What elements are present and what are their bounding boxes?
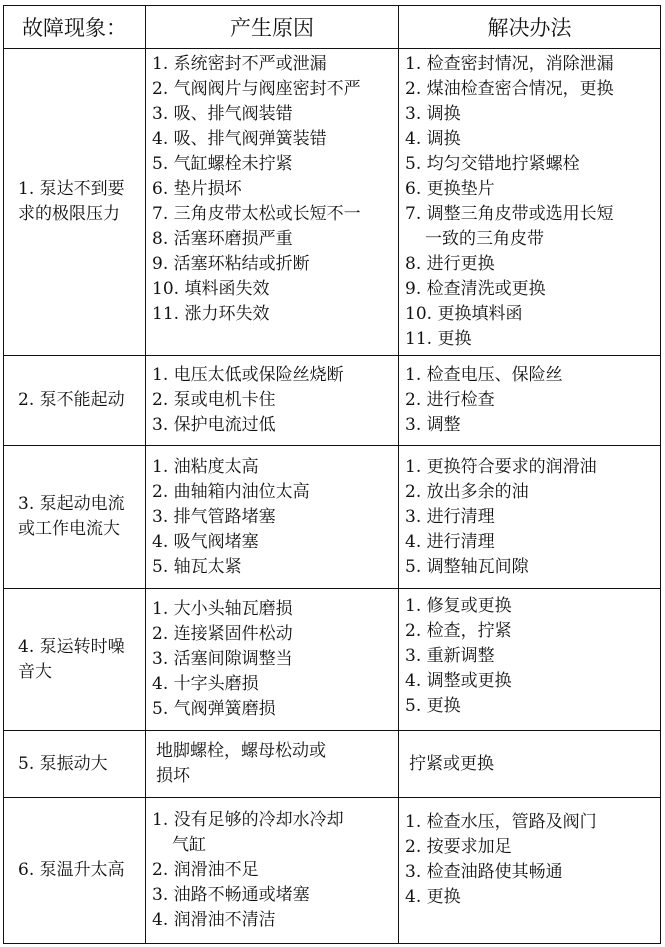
solution-item: 10. 更换填料函 xyxy=(405,302,660,327)
cause-item: 9. 活塞环粘结或折断 xyxy=(152,252,398,277)
solution-item: 2. 检查，拧紧 xyxy=(405,619,660,644)
cause-item: 3. 排气管路堵塞 xyxy=(152,505,398,530)
solution-item: 3. 检查油路使其畅通 xyxy=(405,860,660,885)
symptom-cell: 6. 泵温升太高 xyxy=(4,798,146,944)
solution-item: 1. 检查电压、保险丝 xyxy=(405,363,660,388)
solution-item: 3. 进行清理 xyxy=(405,505,660,530)
solution-item: 4. 更换 xyxy=(405,885,660,910)
solution-item: 4. 调换 xyxy=(405,127,660,152)
cause-item: 4. 吸、排气阀弹簧装错 xyxy=(152,127,398,152)
solution-item: 5. 更换 xyxy=(405,694,660,719)
symptom-cell: 5. 泵振动大 xyxy=(4,731,146,798)
solution-item: 3. 重新调整 xyxy=(405,644,660,669)
solution-cell: 1. 更换符合要求的润滑油 2. 放出多余的油 3. 进行清理 4. 进行清理 … xyxy=(399,446,661,589)
solution-item: 1. 检查水压，管路及阀门 xyxy=(405,810,660,835)
solution-item: 2. 进行检查 xyxy=(405,388,660,413)
solution-item: 8. 进行更换 xyxy=(405,252,660,277)
cause-item: 5. 气阀弹簧磨损 xyxy=(152,697,398,722)
fault-troubleshooting-table: 故障现象： 产生原因 解决办法 1. 泵达不到要求的极限压力 1. 系统密封不严… xyxy=(3,5,661,944)
symptom-cell: 1. 泵达不到要求的极限压力 xyxy=(4,49,146,356)
cause-cell: 1. 系统密封不严或泄漏 2. 气阀阀片与阀座密封不严 3. 吸、排气阀装错 4… xyxy=(146,49,399,356)
header-row: 故障现象： 产生原因 解决办法 xyxy=(4,6,661,49)
cause-item: 7. 三角皮带太松或长短不一 xyxy=(152,202,398,227)
solution-item: 1. 更换符合要求的润滑油 xyxy=(405,455,660,480)
cause-item: 10. 填料函失效 xyxy=(152,277,398,302)
solution-cell: 1. 检查水压，管路及阀门 2. 按要求加足 3. 检查油路使其畅通 4. 更换 xyxy=(399,798,661,944)
solution-item: 4. 进行清理 xyxy=(405,530,660,555)
solution-cell: 1. 修复或更换 2. 检查，拧紧 3. 重新调整 4. 调整或更换 5. 更换 xyxy=(399,589,661,731)
cause-item: 2. 泵或电机卡住 xyxy=(152,388,398,413)
solution-item: 2. 按要求加足 xyxy=(405,835,660,860)
table-row: 2. 泵不能起动 1. 电压太低或保险丝烧断 2. 泵或电机卡住 3. 保护电流… xyxy=(4,356,661,446)
cause-item: 地脚螺栓，螺母松动或 xyxy=(152,739,398,764)
cause-item: 4. 吸气阀堵塞 xyxy=(152,530,398,555)
cause-item: 1. 没有足够的冷却水冷却 xyxy=(152,808,398,833)
cause-item: 1. 电压太低或保险丝烧断 xyxy=(152,363,398,388)
cause-item: 2. 曲轴箱内油位太高 xyxy=(152,480,398,505)
cause-item: 3. 活塞间隙调整当 xyxy=(152,647,398,672)
solution-cell: 1. 检查密封情况，消除泄漏 2. 煤油检查密合情况，更换 3. 调换 4. 调… xyxy=(399,49,661,356)
symptom-cell: 2. 泵不能起动 xyxy=(4,356,146,446)
solution-item: 6. 更换垫片 xyxy=(405,177,660,202)
cause-item: 2. 气阀阀片与阀座密封不严 xyxy=(152,77,398,102)
solution-item: 3. 调换 xyxy=(405,102,660,127)
solution-item: 4. 调整或更换 xyxy=(405,669,660,694)
solution-item: 11. 更换 xyxy=(405,327,660,352)
cause-item: 11. 涨力环失效 xyxy=(152,302,398,327)
cause-item-continuation: 损坏 xyxy=(152,764,398,789)
header-symptom: 故障现象： xyxy=(4,6,146,49)
solution-cell: 1. 检查电压、保险丝 2. 进行检查 3. 调整 xyxy=(399,356,661,446)
table-row: 4. 泵运转时噪音大 1. 大小头轴瓦磨损 2. 连接紧固件松动 3. 活塞间隙… xyxy=(4,589,661,731)
solution-item: 1. 修复或更换 xyxy=(405,594,660,619)
solution-item: 9. 检查清洗或更换 xyxy=(405,277,660,302)
table-row: 5. 泵振动大 地脚螺栓，螺母松动或 损坏 拧紧或更换 xyxy=(4,731,661,798)
cause-item: 3. 油路不畅通或堵塞 xyxy=(152,883,398,908)
cause-cell: 1. 电压太低或保险丝烧断 2. 泵或电机卡住 3. 保护电流过低 xyxy=(146,356,399,446)
cause-item: 1. 大小头轴瓦磨损 xyxy=(152,597,398,622)
solution-item: 3. 调整 xyxy=(405,413,660,438)
cause-item: 5. 气缸螺栓未拧紧 xyxy=(152,152,398,177)
solution-item: 2. 煤油检查密合情况，更换 xyxy=(405,77,660,102)
cause-item: 4. 润滑油不清洁 xyxy=(152,908,398,933)
symptom-cell: 4. 泵运转时噪音大 xyxy=(4,589,146,731)
cause-item: 3. 保护电流过低 xyxy=(152,413,398,438)
solution-item: 5. 均匀交错地拧紧螺栓 xyxy=(405,152,660,177)
cause-cell: 地脚螺栓，螺母松动或 损坏 xyxy=(146,731,399,798)
cause-item: 2. 润滑油不足 xyxy=(152,858,398,883)
cause-item: 2. 连接紧固件松动 xyxy=(152,622,398,647)
header-solution: 解决办法 xyxy=(399,6,661,49)
symptom-cell: 3. 泵起动电流或工作电流大 xyxy=(4,446,146,589)
solution-item: 5. 调整轴瓦间隙 xyxy=(405,555,660,580)
cause-item: 1. 油粘度太高 xyxy=(152,455,398,480)
solution-item: 拧紧或更换 xyxy=(405,752,660,777)
solution-item: 7. 调整三角皮带或选用长短 xyxy=(405,202,660,227)
table-row: 6. 泵温升太高 1. 没有足够的冷却水冷却 气缸 2. 润滑油不足 3. 油路… xyxy=(4,798,661,944)
cause-item: 8. 活塞环磨损严重 xyxy=(152,227,398,252)
header-cause: 产生原因 xyxy=(146,6,399,49)
cause-cell: 1. 油粘度太高 2. 曲轴箱内油位太高 3. 排气管路堵塞 4. 吸气阀堵塞 … xyxy=(146,446,399,589)
cause-item: 4. 十字头磨损 xyxy=(152,672,398,697)
cause-item: 5. 轴瓦太紧 xyxy=(152,555,398,580)
solution-item: 2. 放出多余的油 xyxy=(405,480,660,505)
cause-cell: 1. 没有足够的冷却水冷却 气缸 2. 润滑油不足 3. 油路不畅通或堵塞 4.… xyxy=(146,798,399,944)
cause-item: 6. 垫片损坏 xyxy=(152,177,398,202)
cause-item: 1. 系统密封不严或泄漏 xyxy=(152,52,398,77)
cause-item: 3. 吸、排气阀装错 xyxy=(152,102,398,127)
solution-cell: 拧紧或更换 xyxy=(399,731,661,798)
table-row: 1. 泵达不到要求的极限压力 1. 系统密封不严或泄漏 2. 气阀阀片与阀座密封… xyxy=(4,49,661,356)
solution-item: 1. 检查密封情况，消除泄漏 xyxy=(405,52,660,77)
cause-item-continuation: 气缸 xyxy=(152,833,398,858)
solution-item-continuation: 一致的三角皮带 xyxy=(405,227,660,252)
cause-cell: 1. 大小头轴瓦磨损 2. 连接紧固件松动 3. 活塞间隙调整当 4. 十字头磨… xyxy=(146,589,399,731)
table-row: 3. 泵起动电流或工作电流大 1. 油粘度太高 2. 曲轴箱内油位太高 3. 排… xyxy=(4,446,661,589)
